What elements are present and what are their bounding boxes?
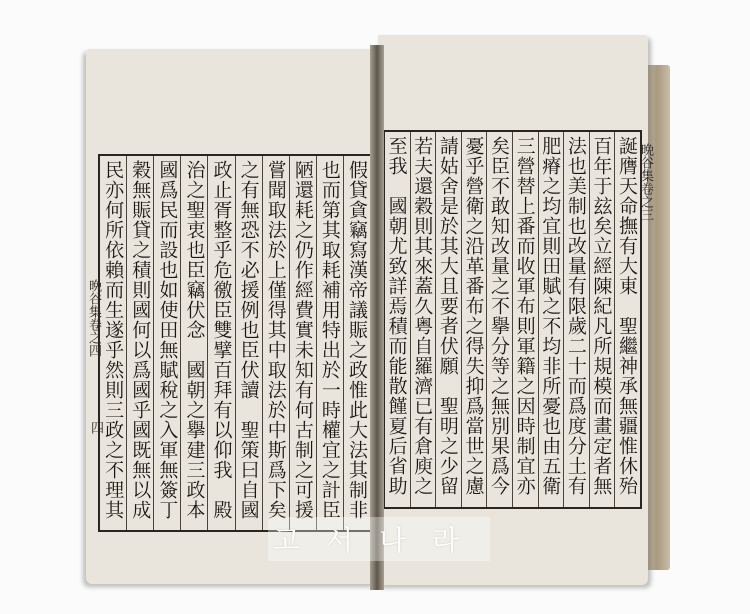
text-column: 治之聖衷也臣竊伏念 國朝之擧建三政本是爲 <box>180 156 207 530</box>
text-column: 國爲民而設也如使田無賦稅之入軍無簽丁之額 <box>153 156 180 530</box>
text-column: 政止胥整乎危徼臣雙擘百拜有以仰我 殿下圖 <box>207 156 234 530</box>
text-column: 穀無賑貸之積則國何以爲國乎國既無以成國則 <box>126 156 153 530</box>
text-column: 若夫還穀則其來蓋久粤自羅濟已有倉庾之法而 <box>410 132 436 507</box>
text-column: 肥瘠之均宜則田賦之不均非所憂也由五衛而設 <box>538 132 564 507</box>
text-column: 誕膺天命撫有大東 聖繼神承無疆惟休殆將五 <box>614 132 640 507</box>
text-column: 陋還耗之仍作經費實未知有何古制之可援而竊 <box>289 156 316 530</box>
text-column: 假貸貪竊寫漢帝議賑之政惟此大法其制非不美 <box>343 156 370 530</box>
text-column: 三營替上番而收軍布則軍籍之因時制宜亦可見 <box>512 132 538 507</box>
text-column: 也而第其取耗補用特出於一時權宜之計臣誠愚 <box>316 156 343 530</box>
text-column: 嘗聞取法於上僅得其中取法於中斯爲下矣古制 <box>262 156 289 530</box>
right-page: 晩谷集卷之三 誕膺天命撫有大東 聖繼神承無疆惟休殆將五百年于玆矣立經陳紀凡所規模… <box>378 35 648 585</box>
left-page: 晩谷集卷之四 四 假貸貪竊寫漢帝議賑之政惟此大法其制非不美也而第其取耗補用特出於… <box>86 49 376 584</box>
book-gutter <box>370 45 384 590</box>
text-column: 百年于玆矣立經陳紀凡所規模而畫定者無非良 <box>589 132 615 507</box>
page-edges <box>648 65 670 570</box>
left-text-frame: 假貸貪竊寫漢帝議賑之政惟此大法其制非不美也而第其取耗補用特出於一時權宜之計臣誠愚… <box>98 154 372 532</box>
watermark: 고서나라 <box>268 517 490 561</box>
text-column: 法也美制也改量有限歲二十而爲度分土有等地 <box>563 132 589 507</box>
open-book: 晩谷集卷之四 四 假貸貪竊寫漢帝議賑之政惟此大法其制非不美也而第其取耗補用特出於… <box>78 35 674 590</box>
right-text-frame: 誕膺天命撫有大東 聖繼神承無疆惟休殆將五百年于玆矣立經陳紀凡所規模而畫定者無非良… <box>383 130 642 509</box>
text-column: 憂乎營衛之沿革番布之得失抑爲當世之慮乎臣 <box>461 132 487 507</box>
text-column: 民亦何所依賴而生遂乎然則三政之不理其將責 <box>100 156 126 530</box>
text-column: 至我 國朝尤致詳焉積而能散饉夏后省助之義 <box>385 132 410 507</box>
text-column: 請姑舍是於其大且要者伏願 聖明之少留意焉 <box>435 132 461 507</box>
text-column: 矣臣不敢知改量之不擧分等之無別果爲今日之 <box>486 132 512 507</box>
text-column: 之有無恐不必援例也臣伏讀 聖策曰自國初三 <box>235 156 262 530</box>
